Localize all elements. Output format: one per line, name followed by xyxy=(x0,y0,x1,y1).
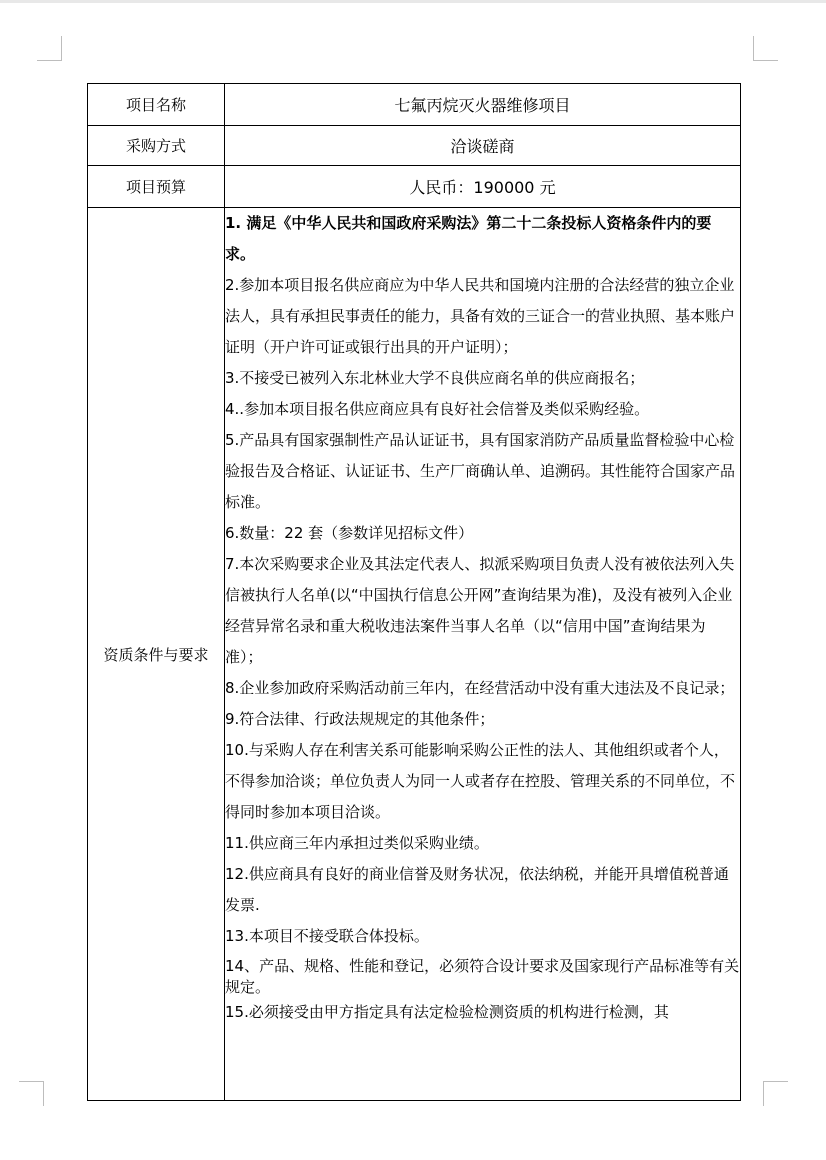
margin-corner-mark-bottom-left xyxy=(19,1081,44,1106)
requirement-item: 3.不接受已被列入东北林业大学不良供应商名单的供应商报名； xyxy=(225,363,740,394)
table-row-project-name: 项目名称 七氟丙烷灭火器维修项目 xyxy=(88,84,741,126)
margin-corner-mark-top-left xyxy=(37,36,62,61)
procurement-info-table: 项目名称 七氟丙烷灭火器维修项目 采购方式 洽谈磋商 项目预算 人民币：1900… xyxy=(87,83,741,1101)
table-row-budget: 项目预算 人民币：190000 元 xyxy=(88,166,741,208)
page-top-edge xyxy=(0,0,826,3)
margin-corner-mark-top-right xyxy=(753,36,778,61)
requirement-item: 14、产品、规格、性能和登记，必须符合设计要求及国家现行产品标准等有关规定。 xyxy=(225,956,740,998)
project-name-value: 七氟丙烷灭火器维修项目 xyxy=(225,84,741,126)
requirement-item: 12.供应商具有良好的商业信誉及财务状况，依法纳税，并能开具增值税普通发票. xyxy=(225,859,740,921)
table-row-procurement-method: 采购方式 洽谈磋商 xyxy=(88,126,741,166)
requirement-item: 9.符合法律、行政法规规定的其他条件； xyxy=(225,704,740,735)
requirement-item: 7.本次采购要求企业及其法定代表人、拟派采购项目负责人没有被依法列入失信被执行人… xyxy=(225,549,740,673)
budget-value: 人民币：190000 元 xyxy=(225,166,741,208)
requirement-item: 8.企业参加政府采购活动前三年内，在经营活动中没有重大违法及不良记录； xyxy=(225,673,740,704)
requirement-item: 4..参加本项目报名供应商应具有良好社会信誉及类似采购经验。 xyxy=(225,394,740,425)
requirements-label: 资质条件与要求 xyxy=(88,208,225,1101)
requirement-item: 2.参加本项目报名供应商应为中华人民共和国境内注册的合法经营的独立企业法人，具有… xyxy=(225,270,740,363)
requirement-item: 6.数量：22 套（参数详见招标文件） xyxy=(225,518,740,549)
margin-corner-mark-bottom-right xyxy=(763,1081,788,1106)
project-name-label: 项目名称 xyxy=(88,84,225,126)
requirement-item: 10.与采购人存在利害关系可能影响采购公正性的法人、其他组织或者个人，不得参加洽… xyxy=(225,735,740,828)
requirement-item: 13.本项目不接受联合体投标。 xyxy=(225,921,740,952)
requirements-cell: 1. 满足《中华人民共和国政府采购法》第二十二条投标人资格条件内的要求。 2.参… xyxy=(225,208,741,1101)
requirement-item: 5.产品具有国家强制性产品认证证书，具有国家消防产品质量监督检验中心检验报告及合… xyxy=(225,425,740,518)
budget-label: 项目预算 xyxy=(88,166,225,208)
procurement-method-value: 洽谈磋商 xyxy=(225,126,741,166)
table-row-requirements: 资质条件与要求 1. 满足《中华人民共和国政府采购法》第二十二条投标人资格条件内… xyxy=(88,208,741,1101)
requirement-item: 15.必须接受由甲方指定具有法定检验检测资质的机构进行检测，其 xyxy=(225,1002,740,1023)
procurement-method-label: 采购方式 xyxy=(88,126,225,166)
requirement-item: 1. 满足《中华人民共和国政府采购法》第二十二条投标人资格条件内的要求。 xyxy=(225,208,740,270)
requirement-item: 11.供应商三年内承担过类似采购业绩。 xyxy=(225,828,740,859)
